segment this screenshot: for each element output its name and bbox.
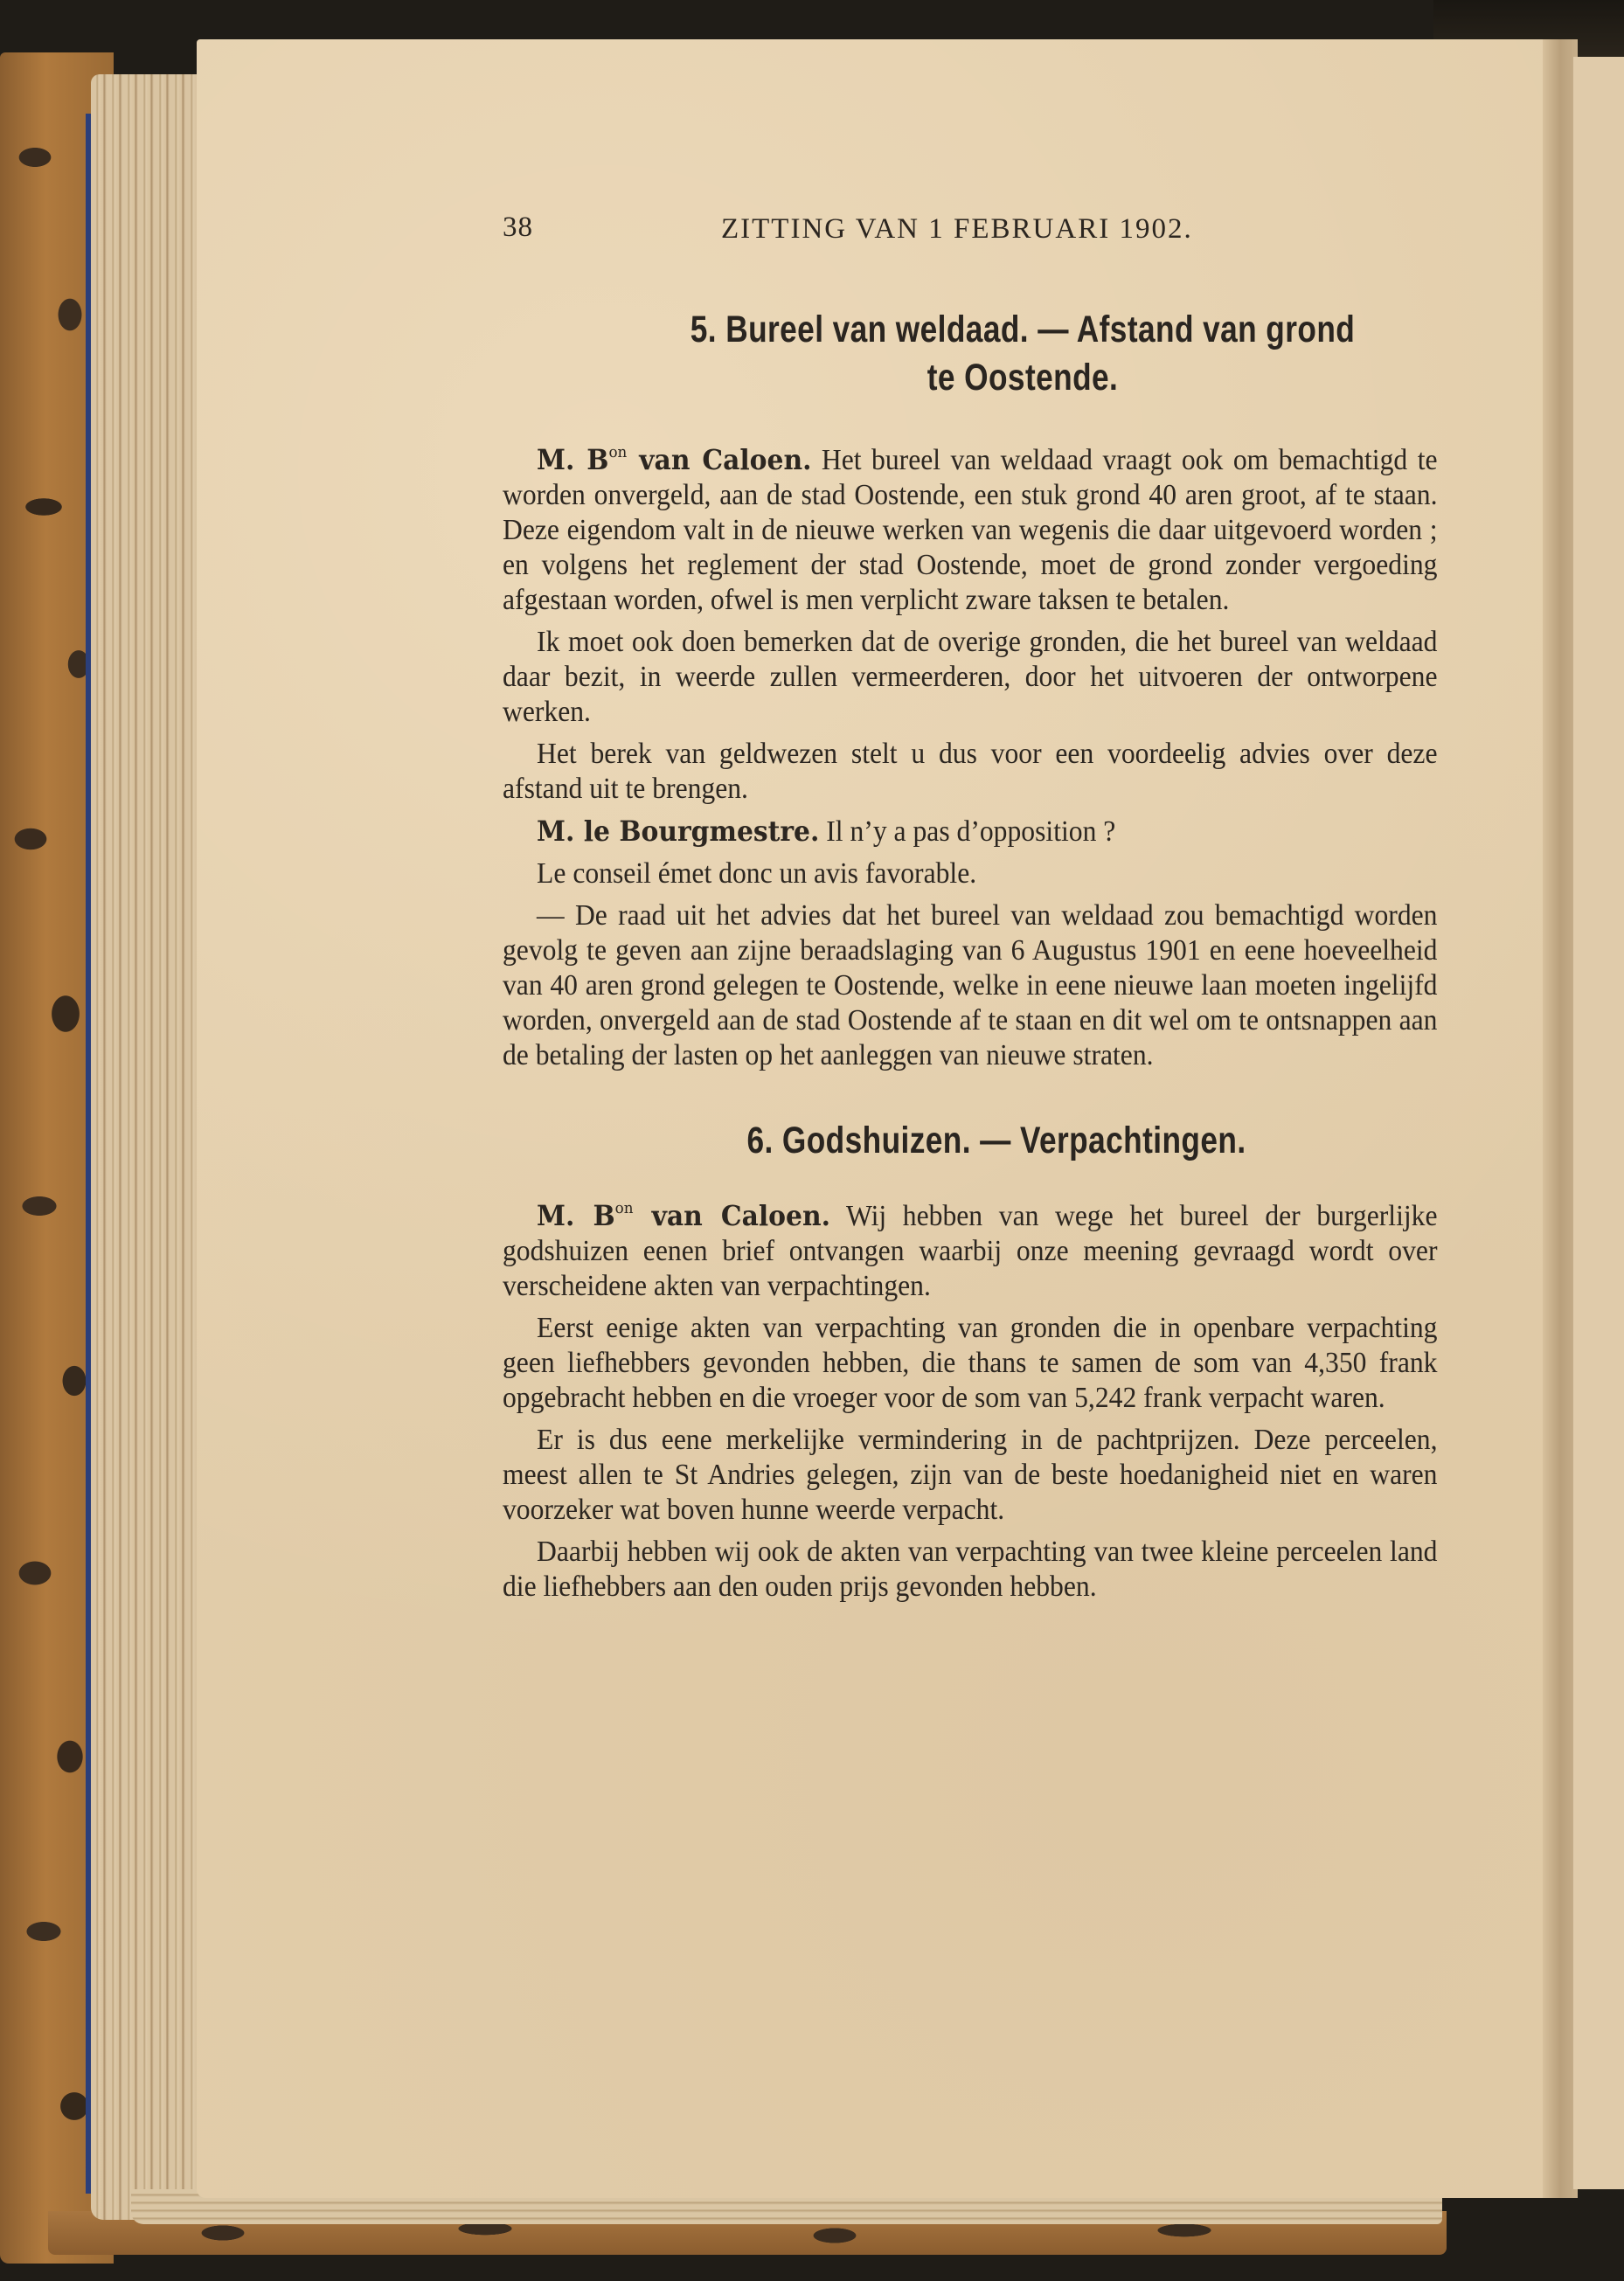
paragraph-s5-2: Ik moet ook doen bemerken dat de overige… [503,625,1438,730]
paragraph-s5-4: M. le Bourgmestre. Il n’y a pas d’opposi… [503,814,1438,849]
section-heading-6-line1: 6. Godshuizen. — Verpachtingen. [592,1117,1402,1165]
speaker-suffix: van Caloen. [627,443,811,476]
paragraph-s5-1: M. Bon van Caloen. Het bureel van weldaa… [503,435,1438,618]
speaker-title-sup: on [615,1199,634,1217]
section-heading-6: 6. Godshuizen. — Verpachtingen. [592,1117,1402,1165]
speaker-name: M. Bon van Caloen. [537,1199,830,1232]
paragraph-s6-3: Er is dus eene merkelijke vermindering i… [503,1423,1438,1528]
page-gutter-shadow [1543,39,1578,2198]
paragraph-s5-3: Het berek van geldwezen stelt u dus voor… [503,737,1438,807]
page-content: 38 ZITTING VAN 1 FEBRUARI 1902. 5. Buree… [503,201,1438,1612]
running-head: 38 ZITTING VAN 1 FEBRUARI 1902. [503,201,1438,253]
speaker-name: M. Bon van Caloen. [537,443,811,476]
speaker-title-sup: on [608,443,627,461]
running-title: ZITTING VAN 1 FEBRUARI 1902. [721,213,1193,246]
speaker-prefix: M. B [537,1199,615,1232]
paragraph-text: Il n’y a pas d’opposition ? [819,815,1115,848]
section-heading-5: 5. Bureel van weldaad. — Afstand van gro… [589,306,1456,402]
page-stack-edges [91,74,213,2220]
facing-page-edge [1573,57,1624,2189]
paragraph-s6-4: Daarbij hebben wij ook de akten van verp… [503,1535,1438,1605]
paragraph-s5-5: Le conseil émet donc un avis favorable. [503,856,1438,891]
section-heading-5-line2: te Oostende. [589,354,1456,402]
paragraph-s6-1: M. Bon van Caloen. Wij hebben van wege h… [503,1191,1438,1304]
paragraph-s6-2: Eerst eenige akten van verpachting van g… [503,1311,1438,1416]
page-number: 38 [503,211,533,244]
paragraph-s5-6-resolution: — De raad uit het advies dat het bureel … [503,898,1438,1073]
binding-blue-edge [86,114,91,2194]
speaker-suffix: van Caloen. [633,1199,829,1232]
speaker-prefix: M. B [537,443,608,476]
speaker-name: M. le Bourgmestre. [537,815,819,848]
section-heading-5-line1: 5. Bureel van weldaad. — Afstand van gro… [589,306,1456,354]
